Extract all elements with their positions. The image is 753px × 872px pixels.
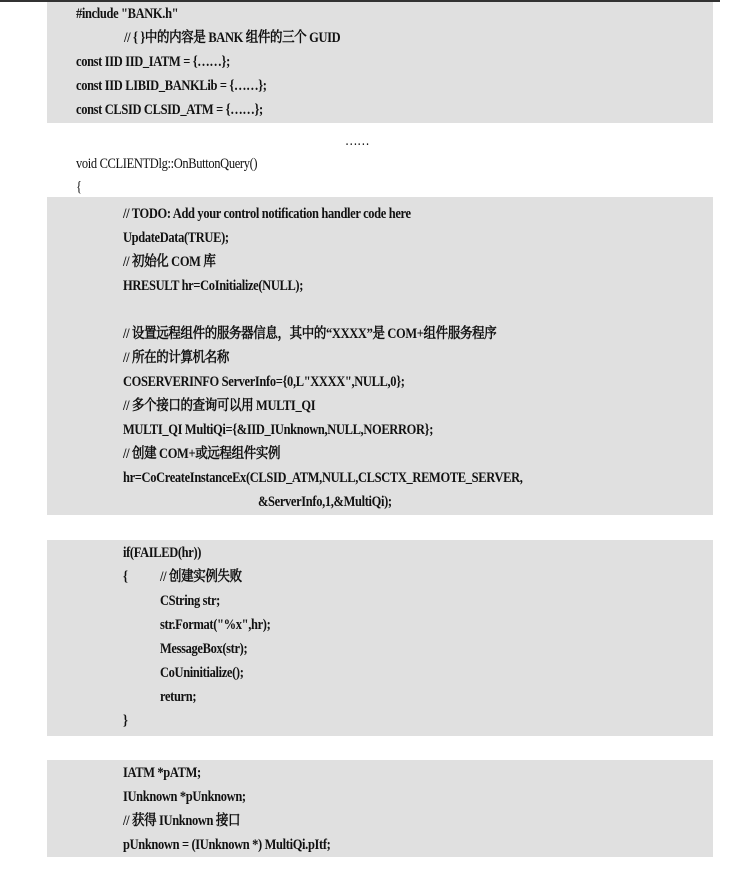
code-line-cocreateinstanceex: hr=CoCreateInstanceEx(CLSID_ATM,NULL,CLS… [123,468,523,488]
code-open-brace: { [123,567,128,587]
code-line-multiqi: MULTI_QI MultiQi={&IID_IUnknown,NULL,NOE… [123,420,433,440]
code-line-if-failed: if(FAILED(hr)) [123,543,201,563]
code-block-error: if(FAILED(hr)) { // 创建实例失败 CString str; … [47,540,713,736]
code-line-format: str.Format("%x",hr); [160,615,270,635]
code-line-iid-iatm: const IID IID_IATM = {……}; [76,52,230,72]
code-comment-init-com: // 初始化 COM 库 [123,252,216,272]
code-line-messagebox: MessageBox(str); [160,639,247,659]
code-line-punknown: IUnknown *pUnknown; [123,787,246,807]
code-line-coserverinfo: COSERVERINFO ServerInfo={0,L"XXXX",NULL,… [123,372,405,392]
code-line-coinitialize: HRESULT hr=CoInitialize(NULL); [123,276,303,296]
code-comment-guid: // { }中的内容是 BANK 组件的三个 GUID [124,28,340,48]
code-comment-multi-qi: // 多个接口的查询可以用 MULTI_QI [123,396,315,416]
ellipsis: …… [345,131,369,151]
code-line-cocreateinstanceex-args: &ServerInfo,1,&MultiQi); [258,492,392,512]
code-block-header: #include "BANK.h" // { }中的内容是 BANK 组件的三个… [47,2,713,123]
code-line-include: #include "BANK.h" [76,4,178,24]
code-line-clsid: const CLSID CLSID_ATM = {……}; [76,100,263,120]
code-comment-create-instance: // 创建 COM+或远程组件实例 [123,444,280,464]
code-comment-server-info: // 设置远程组件的服务器信息，其中的“XXXX”是 COM+组件服务程序 [123,324,496,344]
code-block-init: // TODO: Add your control notification h… [47,197,713,515]
function-signature: void CCLIENTDlg::OnButtonQuery() [76,154,257,174]
code-line-patm: IATM *pATM; [123,763,201,783]
code-line-updatedata: UpdateData(TRUE); [123,228,229,248]
code-line-return: return; [160,687,196,707]
code-comment-create-failed: // 创建实例失败 [160,567,242,587]
code-line-punknown-assign: pUnknown = (IUnknown *) MultiQi.pItf; [123,835,330,855]
code-comment-computer-name: // 所在的计算机名称 [123,348,229,368]
code-line-couninitialize: CoUninitialize(); [160,663,244,683]
code-comment-get-iunknown: // 获得 IUnknown 接口 [123,811,240,831]
code-block-interface: IATM *pATM; IUnknown *pUnknown; // 获得 IU… [47,760,713,857]
open-brace: { [76,177,82,197]
code-line-cstring: CString str; [160,591,220,611]
code-close-brace: } [123,711,128,731]
code-line-libid: const IID LIBID_BANKLib = {……}; [76,76,267,96]
code-comment-todo: // TODO: Add your control notification h… [123,204,411,224]
